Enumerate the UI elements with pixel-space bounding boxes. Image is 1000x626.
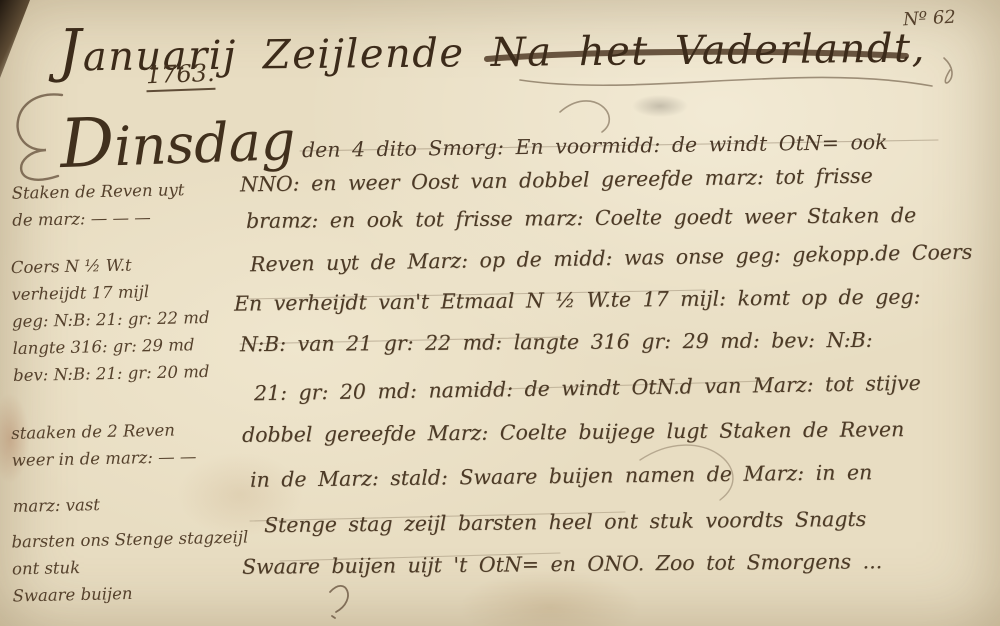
margin-note-line: staaken de 2 Reven	[11, 416, 196, 447]
paraph-mark	[330, 586, 348, 618]
margin-note-line: Staken de Reven uyt	[11, 176, 184, 207]
margin-note-line: geg: N:B: 21: gr: 22 md	[12, 304, 210, 335]
title-destination: Zeijlende Na het Vaderlandt,	[263, 25, 926, 78]
log-line-7: dobbel gereefde Marz: Coelte buijege lug…	[242, 417, 904, 447]
margin-note-reefs-in: staaken de 2 Reven weer in de marz: — — …	[11, 416, 198, 520]
initial-swirl	[18, 94, 62, 179]
margin-note-course-position: Coers N ½ W.t verheijdt 17 mijl geg: N:B…	[11, 250, 211, 389]
log-line-4: En verheijdt van't Etmaal N ½ W.te 17 mi…	[234, 284, 921, 315]
manuscript-page: JanuarijZeijlende Na het Vaderlandt, 176…	[0, 0, 1000, 626]
margin-note-line: barsten ons Stenge stagzeijl	[11, 524, 248, 556]
margin-note-staysail-torn: barsten ons Stenge stagzeijl ont stuk Sw…	[11, 524, 249, 610]
year-label: 1763.	[145, 59, 215, 92]
log-line-5: N:B: van 21 gr: 22 md: langte 316 gr: 29…	[240, 328, 873, 356]
margin-note-line: bev: N:B: 21: gr: 20 md	[13, 358, 211, 389]
corner-squiggle	[944, 58, 952, 83]
margin-note-line: marz: vast	[13, 489, 198, 520]
log-line-2: bramz: en ook tot frisse marz: Coelte go…	[246, 203, 916, 233]
margin-note-line: weer in de marz: — —	[12, 443, 197, 474]
margin-note-line: Swaare buijen	[12, 578, 249, 610]
page-number: Nº 62	[902, 7, 956, 31]
margin-note-reefs-out: Staken de Reven uyt de marz: — — —	[11, 176, 185, 234]
ascender-curl	[560, 101, 609, 132]
log-line-8: in de Marz: stald: Swaare buijen namen d…	[250, 460, 873, 492]
log-line-3: Reven uyt de Marz: op de midd: was onse …	[250, 240, 973, 277]
day-entry-opening: den 4 dito Smorg: En voormidd: de windt …	[302, 130, 888, 162]
day-heading: Dinsdag	[59, 96, 297, 183]
log-line-1: NNO: en weer Oost van dobbel gereefde ma…	[240, 164, 873, 197]
log-line-9: Stenge stag zeijl barsten heel ont stuk …	[264, 507, 866, 537]
margin-note-line: verheijdt 17 mijl	[11, 277, 209, 308]
log-line-10: Swaare buijen uijt 't OtN= en ONO. Zoo t…	[242, 549, 882, 579]
log-line-6: 21: gr: 20 md: namidd: de windt OtN.d va…	[254, 371, 921, 405]
scan-corner-shadow	[0, 0, 30, 78]
margin-note-line: Coers N ½ W.t	[11, 250, 209, 281]
margin-note-line: de marz: — — —	[12, 203, 185, 234]
margin-note-line: langte 316: gr: 29 md	[12, 331, 210, 362]
